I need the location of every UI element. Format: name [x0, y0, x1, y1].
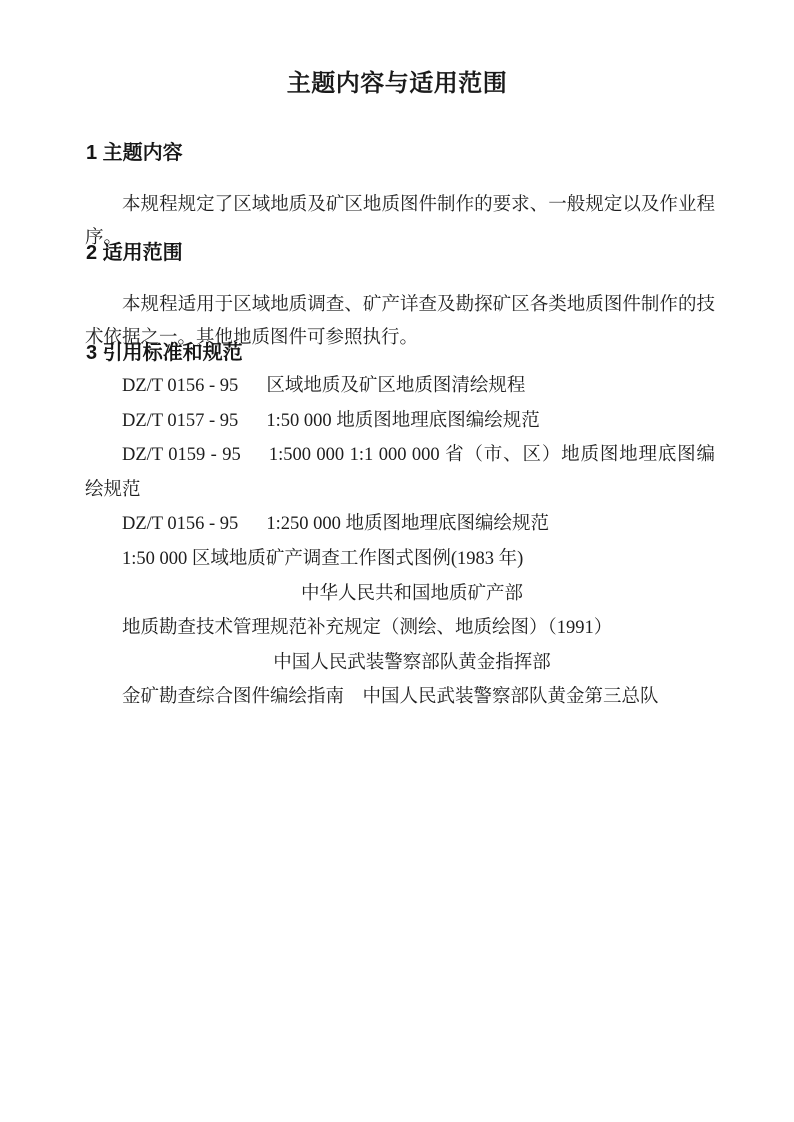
reference-item: DZ/T 0156 - 951:250 000 地质图地理底图编绘规范 — [85, 507, 715, 542]
reference-item: 1:50 000 区域地质矿产调查工作图式图例(1983 年) — [85, 542, 715, 577]
reference-title: 1:250 000 地质图地理底图编绘规范 — [266, 514, 549, 534]
reference-title: 区域地质及矿区地质图清绘规程 — [266, 376, 525, 396]
reference-item: 地质勘查技术管理规范补充规定（测绘、地质绘图）（1991） — [85, 611, 715, 646]
reference-item: DZ/T 0156 - 95区域地质及矿区地质图清绘规程 — [85, 369, 715, 404]
document-title: 主题内容与适用范围 — [0, 66, 794, 102]
reference-code: DZ/T 0156 - 95 — [122, 376, 238, 396]
section-heading-1: 1 主题内容 — [86, 136, 183, 170]
reference-code: DZ/T 0156 - 95 — [122, 514, 238, 534]
reference-title: 1:50 000 地质图地理底图编绘规范 — [266, 411, 539, 431]
section-heading-3: 3 引用标准和规范 — [86, 336, 243, 370]
reference-code: DZ/T 0157 - 95 — [122, 411, 238, 431]
section-heading-2: 2 适用范围 — [86, 236, 183, 270]
document-page: 主题内容与适用范围 1 主题内容 本规程规定了区域地质及矿区地质图件制作的要求、… — [0, 0, 794, 1122]
reference-item: 金矿勘查综合图件编绘指南 中国人民武装警察部队黄金第三总队 — [85, 680, 715, 715]
reference-item: 中国人民武装警察部队黄金指挥部 — [85, 646, 715, 681]
reference-item: DZ/T 0159 - 951:500 000 1:1 000 000 省（市、… — [85, 438, 715, 507]
reference-item: DZ/T 0157 - 951:50 000 地质图地理底图编绘规范 — [85, 404, 715, 439]
reference-item: 中华人民共和国地质矿产部 — [85, 577, 715, 612]
references-list: DZ/T 0156 - 95区域地质及矿区地质图清绘规程DZ/T 0157 - … — [85, 369, 715, 715]
reference-code: DZ/T 0159 - 95 — [122, 445, 241, 465]
